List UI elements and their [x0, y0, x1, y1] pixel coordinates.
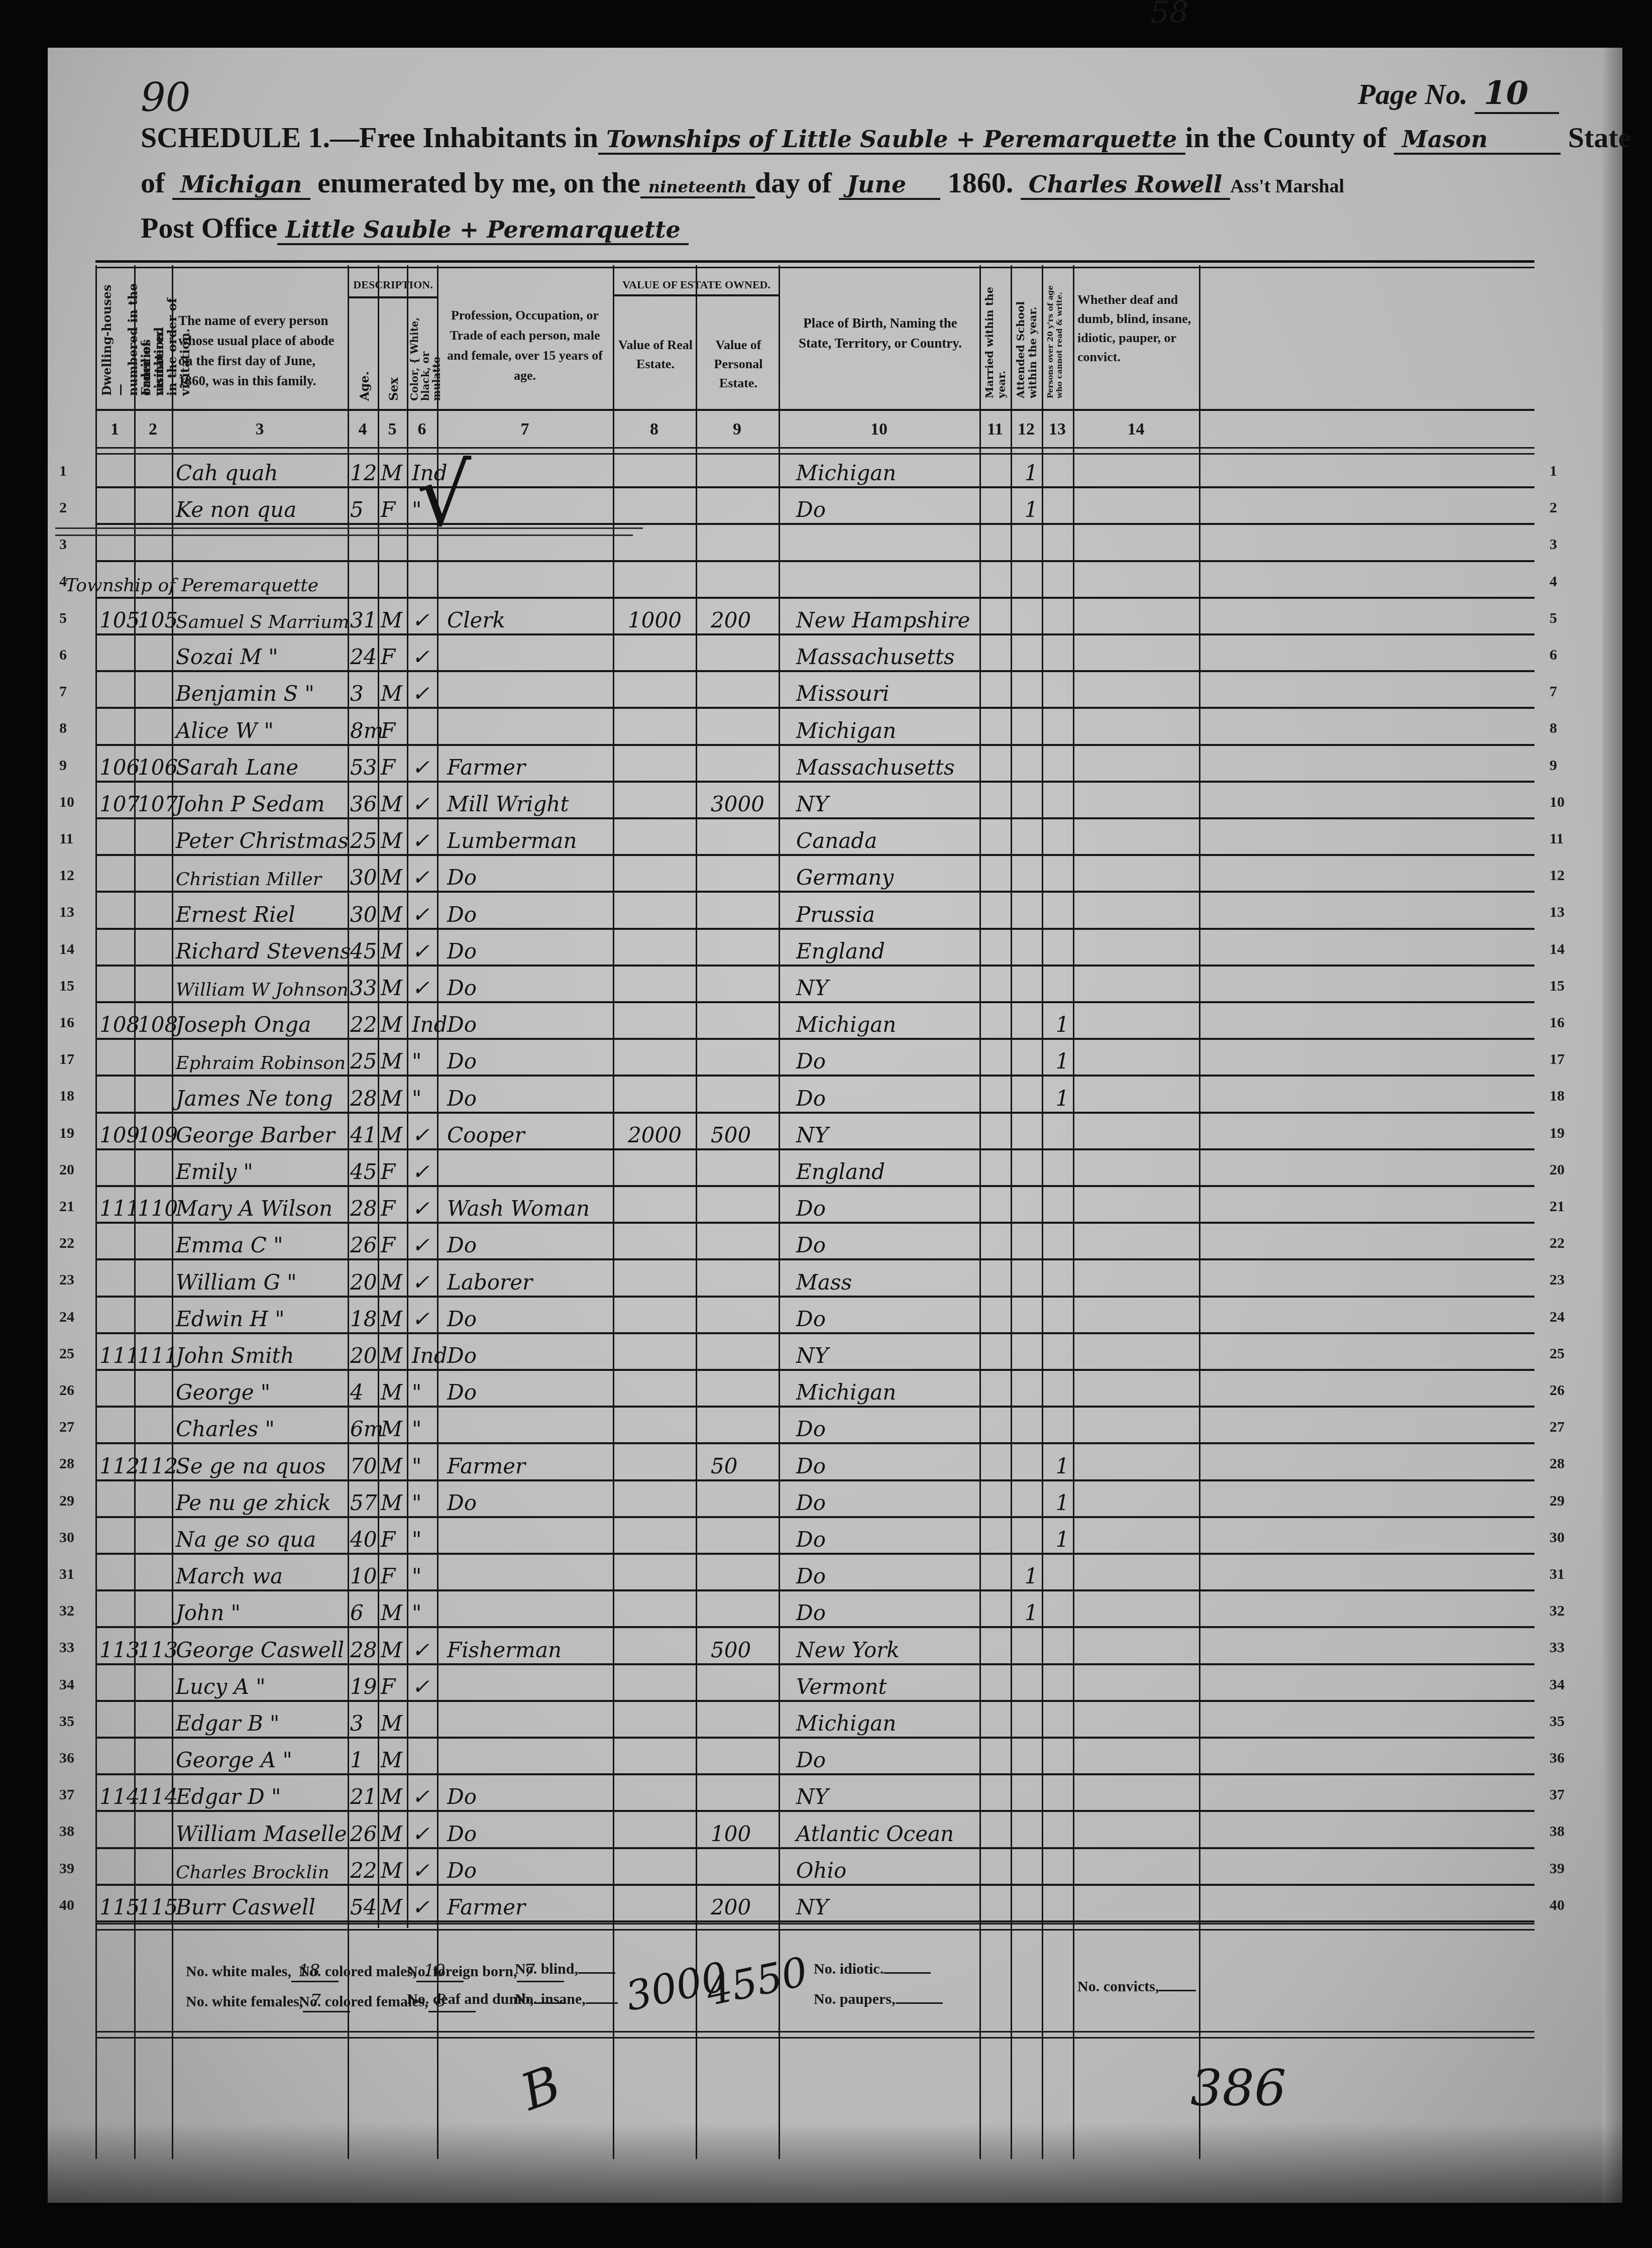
person-name: Samuel S Marrium [176, 612, 347, 632]
person-name: Ernest Riel [176, 902, 347, 927]
county-field: Mason [1394, 126, 1561, 155]
birthplace: New York [796, 1638, 977, 1662]
header-bottom-rule [95, 409, 1534, 411]
line-number-left: 33 [59, 1639, 74, 1656]
birthplace: Do [796, 497, 977, 522]
page-number: 10 [1475, 74, 1559, 114]
color: " [412, 1490, 437, 1515]
table-row: 3838William Maselle26M✓Do100Atlantic Oce… [95, 1812, 1534, 1849]
line-number-right: 24 [1550, 1309, 1565, 1326]
age: 41 [350, 1123, 378, 1147]
age: 4 [350, 1380, 378, 1405]
column-number: 4 [348, 420, 378, 439]
color: ✓ [412, 1159, 437, 1184]
line-number-right: 3 [1550, 536, 1557, 553]
birthplace: Massachusetts [796, 645, 977, 669]
family-number: 109 [138, 1123, 173, 1147]
line-number-right: 37 [1550, 1786, 1565, 1803]
line-number-right: 26 [1550, 1382, 1565, 1399]
township-field: Townships of Little Sauble + Peremarquet… [598, 126, 1185, 155]
column-number: 2 [134, 420, 172, 439]
sex: M [381, 1307, 406, 1331]
family-number: 108 [138, 1012, 173, 1037]
birthplace: Mass [796, 1270, 977, 1295]
person-name: Sozai M " [176, 645, 347, 669]
person-name: Ephraim Robinson [176, 1053, 347, 1074]
table-top-rule [95, 260, 1534, 268]
dwelling-number: 111 [99, 1343, 135, 1368]
sex: F [381, 755, 406, 780]
sex: F [381, 1233, 406, 1257]
person-name: Lucy A " [176, 1674, 347, 1699]
line-number-right: 16 [1550, 1014, 1565, 1031]
color: ✓ [412, 976, 437, 1000]
occupation: Farmer [447, 1895, 613, 1919]
header-personal-estate: Value of Personal Estate. [701, 336, 776, 393]
person-name: George Barber [176, 1123, 347, 1147]
birthplace: England [796, 939, 977, 964]
sex: M [381, 1123, 406, 1147]
sex: F [381, 1196, 406, 1221]
line-number-left: 20 [59, 1161, 74, 1179]
line-number-right: 21 [1550, 1198, 1565, 1215]
idiotic-label: No. idiotic. [814, 1961, 884, 1977]
color: ✓ [412, 681, 437, 706]
sex: M [381, 1711, 406, 1736]
census-table: Dwelling-houses— numbered in the order o… [95, 260, 1534, 2154]
header-real-estate: Value of Real Estate. [618, 336, 693, 374]
table-row: 1717Ephraim Robinson25M"DoDo1 [95, 1040, 1534, 1077]
birthplace: NY [796, 1895, 977, 1919]
table-row: 1313Ernest Riel30M✓DoPrussia [95, 893, 1534, 929]
age: 70 [350, 1454, 378, 1478]
sex: M [381, 1454, 406, 1478]
birthplace: England [796, 1159, 977, 1184]
color: ✓ [412, 1895, 437, 1919]
occupation: Farmer [447, 755, 613, 780]
color: ✓ [412, 1233, 437, 1257]
column-number: 3 [172, 420, 348, 439]
table-row: 3535Edgar B "3MMichigan [95, 1702, 1534, 1739]
line-number-right: 17 [1550, 1051, 1565, 1068]
column-number: 1 [95, 420, 134, 439]
table-row: 2323William G "20M✓LaborerMass [95, 1260, 1534, 1297]
of-label: of [141, 166, 165, 199]
dwelling-number: 108 [99, 1012, 135, 1037]
line-number-left: 23 [59, 1271, 74, 1289]
white-males-label: No. white males, [186, 1963, 291, 1980]
line-number-right: 20 [1550, 1161, 1565, 1179]
birthplace: Prussia [796, 902, 977, 927]
table-row: 66Sozai M "24F✓Massachusetts [95, 635, 1534, 672]
foreign-born-label: No. foreign born, [407, 1963, 517, 1980]
dwelling-number: 114 [99, 1784, 135, 1809]
age: 57 [350, 1490, 378, 1515]
idiotic: No. idiotic. [814, 1961, 931, 1978]
blind: No. blind, [515, 1961, 615, 1978]
person-name: March wa [176, 1564, 347, 1588]
person-name: Edgar B " [176, 1711, 347, 1736]
personal-estate-value: 100 [711, 1822, 776, 1846]
line-number-left: 3 [59, 536, 67, 553]
line-number-left: 7 [59, 683, 67, 700]
birthplace: Michigan [796, 1012, 977, 1037]
age: 36 [350, 792, 378, 816]
color: ✓ [412, 1270, 437, 1295]
sex: M [381, 1895, 406, 1919]
age: 28 [350, 1086, 378, 1111]
birthplace: Vermont [796, 1674, 977, 1699]
post-office-field: Little Sauble + Peremarquette [277, 216, 689, 245]
table-row: 3030Na ge so qua40F"Do1 [95, 1518, 1534, 1555]
line-number-right: 11 [1550, 830, 1564, 847]
line-number-left: 18 [59, 1088, 74, 1105]
table-row: 2929Pe nu ge zhick57M"DoDo1 [95, 1481, 1534, 1518]
column-number: 11 [979, 420, 1011, 439]
line-number-left: 29 [59, 1492, 74, 1510]
table-row: 3333113113George Caswell28M✓Fisherman500… [95, 1628, 1534, 1665]
age: 31 [350, 608, 378, 632]
table-row: 77Benjamin S "3M✓Missouri [95, 672, 1534, 709]
line-number-left: 26 [59, 1382, 74, 1399]
color: " [412, 1527, 437, 1552]
header-description-group: DESCRIPTION. [349, 275, 437, 294]
line-number-left: 24 [59, 1309, 74, 1326]
birthplace: NY [796, 976, 977, 1000]
birthplace: Do [796, 1490, 977, 1515]
sex: M [381, 1638, 406, 1662]
sex: M [381, 1049, 406, 1074]
insane-label: No. insane, [515, 1991, 586, 2007]
line-number-right: 22 [1550, 1235, 1565, 1252]
line-number-left: 12 [59, 867, 74, 884]
post-office-label: Post Office [141, 211, 277, 244]
age: 21 [350, 1784, 378, 1809]
marshal-label: Ass't Marshal [1230, 176, 1344, 197]
family-number: 113 [138, 1638, 173, 1662]
color: Ind [412, 1343, 437, 1368]
table-row: 2626George "4M"DoMichigan [95, 1371, 1534, 1408]
color: ✓ [412, 828, 437, 853]
line-number-left: 5 [59, 610, 67, 627]
paupers-label: No. paupers, [814, 1991, 896, 2007]
table-row: 44Township of Peremarquette [95, 562, 1534, 599]
cannot-read-write: 1 [1052, 1490, 1072, 1515]
birthplace: Do [796, 1748, 977, 1772]
page-label: Page No. [1358, 78, 1468, 111]
column-number: 6 [407, 420, 437, 439]
header-school: Attended School within the year. [1015, 270, 1039, 398]
attended-school: 1 [1021, 1564, 1041, 1588]
family-number: 112 [138, 1454, 173, 1478]
occupation: Do [447, 939, 613, 964]
birthplace: Do [796, 1454, 977, 1478]
person-name: William W Johnson [176, 980, 347, 1000]
age: 33 [350, 976, 378, 1000]
header-name: The name of every person whose usual pla… [178, 310, 344, 391]
line-number-left: 10 [59, 794, 74, 811]
paupers-value [896, 2002, 943, 2004]
line-number-right: 10 [1550, 794, 1565, 811]
convicts-value [1159, 1990, 1196, 1991]
person-name: John " [176, 1600, 347, 1625]
cannot-read-write: 1 [1052, 1454, 1072, 1478]
occupation: Wash Woman [447, 1196, 613, 1221]
person-name: Christian Miller [176, 869, 347, 890]
strike-line [55, 534, 633, 536]
column-number: 9 [696, 420, 779, 439]
sex: M [381, 1748, 406, 1772]
table-row: 1919109109George Barber41M✓Cooper2000500… [95, 1114, 1534, 1150]
table-row: 22Ke non qua5F"Do1 [95, 488, 1534, 525]
color: ✓ [412, 792, 437, 816]
occupation: Mill Wright [447, 792, 613, 816]
dwelling-number: 113 [99, 1638, 135, 1662]
color: " [412, 1380, 437, 1405]
line-number-left: 40 [59, 1897, 74, 1914]
color: ✓ [412, 1858, 437, 1883]
occupation: Do [447, 1380, 613, 1405]
personal-estate-value: 200 [711, 608, 776, 632]
bottom-double-rule [95, 2031, 1534, 2039]
person-name: Peter Christmas [176, 828, 347, 853]
occupation: Do [447, 1858, 613, 1883]
personal-estate-value: 500 [711, 1638, 776, 1662]
birthplace: Germany [796, 865, 977, 890]
color: ✓ [412, 1822, 437, 1846]
line-number-right: 12 [1550, 867, 1565, 884]
color: " [412, 1454, 437, 1478]
header-occupation: Profession, Occupation, or Trade of each… [442, 305, 608, 386]
age: 53 [350, 755, 378, 780]
birthplace: Do [796, 1564, 977, 1588]
age: 20 [350, 1343, 378, 1368]
personal-estate-value: 200 [711, 1895, 776, 1919]
row-rule [95, 1920, 1534, 1922]
age: 45 [350, 1159, 378, 1184]
sex: M [381, 1858, 406, 1883]
birthplace: Do [796, 1600, 977, 1625]
line-number-left: 16 [59, 1014, 74, 1031]
occupation: Do [447, 1343, 613, 1368]
sex: M [381, 608, 406, 632]
dwelling-number: 111 [99, 1196, 135, 1221]
color: " [412, 1600, 437, 1625]
column-number: 10 [779, 420, 979, 439]
line-number-right: 30 [1550, 1529, 1565, 1546]
age: 3 [350, 1711, 378, 1736]
column-number: 7 [437, 420, 613, 439]
line-number-left: 31 [59, 1566, 74, 1583]
dwelling-number: 107 [99, 792, 135, 816]
color: ✓ [412, 645, 437, 669]
family-number: 107 [138, 792, 173, 816]
sex: M [381, 1086, 406, 1111]
header-estate-group: VALUE OF ESTATE OWNED. [614, 275, 779, 294]
sex: F [381, 1674, 406, 1699]
occupation: Do [447, 1233, 613, 1257]
summary-section: No. white males,18 No. colored males,10 … [95, 1933, 1534, 2144]
table-row: 99106106Sarah Lane53F✓FarmerMassachusett… [95, 746, 1534, 783]
sex: M [381, 681, 406, 706]
birthplace: Missouri [796, 681, 977, 706]
title-line-3: Post OfficeLittle Sauble + Peremarquette [141, 211, 689, 245]
sex: M [381, 1343, 406, 1368]
blind-label: No. blind, [515, 1961, 578, 1977]
family-number: 111 [138, 1343, 173, 1368]
table-row: 2525111111John Smith20MIndDoNY [95, 1334, 1534, 1371]
cannot-read-write: 1 [1052, 1086, 1072, 1111]
age: 26 [350, 1822, 378, 1846]
sex: M [381, 1270, 406, 1295]
line-number-left: 36 [59, 1750, 74, 1767]
folio-number: 90 [141, 75, 190, 121]
sex: F [381, 1564, 406, 1588]
table-row: 3131March wa10F"Do1 [95, 1555, 1534, 1591]
age: 22 [350, 1858, 378, 1883]
age: 24 [350, 645, 378, 669]
person-name: Pe nu ge zhick [176, 1490, 347, 1515]
birthplace: Do [796, 1233, 977, 1257]
line-number-right: 13 [1550, 904, 1565, 921]
color: " [412, 1086, 437, 1111]
footer-double-rule [95, 1923, 1534, 1931]
column-number: 8 [613, 420, 696, 439]
birthplace: NY [796, 792, 977, 816]
birthplace: New Hampshire [796, 608, 977, 632]
age: 5 [350, 497, 378, 522]
state-field: Michigan [172, 171, 310, 200]
age: 19 [350, 1674, 378, 1699]
sex: M [381, 1822, 406, 1846]
age: 10 [350, 1564, 378, 1588]
birthplace: Atlantic Ocean [796, 1822, 977, 1846]
line-number-left: 19 [59, 1125, 74, 1142]
sex: M [381, 828, 406, 853]
occupation: Clerk [447, 608, 613, 632]
marshal-field: Charles Rowell [1021, 171, 1230, 200]
age: 8m [350, 718, 378, 743]
table-row: 2424Edwin H "18M✓DoDo [95, 1298, 1534, 1334]
person-name: Ke non qua [176, 497, 347, 522]
sex: M [381, 1012, 406, 1037]
page-edge [1602, 48, 1622, 2203]
occupation: Do [447, 1307, 613, 1331]
occupation: Cooper [447, 1123, 613, 1147]
blind-value [578, 1972, 615, 1974]
table-row: 1010107107John P Sedam36M✓Mill Wright300… [95, 783, 1534, 819]
person-name: Joseph Onga [176, 1012, 347, 1037]
color: ✓ [412, 755, 437, 780]
header-color: Color, { White, black, or mulatto [409, 300, 442, 401]
insane: No. insane, [515, 1991, 618, 2008]
person-name: Emma C " [176, 1233, 347, 1257]
color: Ind [412, 1012, 437, 1037]
personal-estate-value: 500 [711, 1123, 776, 1147]
color: " [412, 1049, 437, 1074]
cannot-read-write: 1 [1052, 1527, 1072, 1552]
birthplace: Do [796, 1086, 977, 1111]
attended-school: 1 [1021, 1600, 1041, 1625]
line-number-right: 23 [1550, 1271, 1565, 1289]
person-name: George A " [176, 1748, 347, 1772]
person-name: George " [176, 1380, 347, 1405]
line-number-right: 38 [1550, 1823, 1565, 1840]
line-number-left: 2 [59, 499, 67, 516]
schedule-title: SCHEDULE 1.—Free Inhabitants in [141, 121, 598, 154]
table-row: 1818James Ne tong28M"DoDo1 [95, 1077, 1534, 1113]
personal-estate-value: 3000 [711, 792, 776, 816]
birthplace: Ohio [796, 1858, 977, 1883]
family-number: 106 [138, 755, 173, 780]
sex: M [381, 865, 406, 890]
line-number-right: 31 [1550, 1566, 1565, 1583]
age: 26 [350, 1233, 378, 1257]
person-name: George Caswell [176, 1638, 347, 1662]
table-row: 2727Charles "6mM"Do [95, 1408, 1534, 1444]
table-row: 1212Christian Miller30M✓DoGermany [95, 856, 1534, 893]
header-married: Married within the year. [983, 270, 1008, 398]
line-number-right: 6 [1550, 647, 1557, 664]
header-birthplace: Place of Birth, Naming the State, Territ… [786, 313, 974, 353]
birthplace: Do [796, 1527, 977, 1552]
occupation: Do [447, 1490, 613, 1515]
table-row: 3939Charles Brocklin22M✓DoOhio [95, 1849, 1534, 1886]
table-row: 55105105Samuel S Marrium31M✓Clerk1000200… [95, 599, 1534, 635]
occupation: Do [447, 1784, 613, 1809]
line-number-right: 14 [1550, 941, 1565, 958]
sex: M [381, 1490, 406, 1515]
birthplace: NY [796, 1343, 977, 1368]
occupation: Do [447, 1049, 613, 1074]
table-row: 88Alice W "8mFMichigan [95, 709, 1534, 745]
table-row: 3636George A "1MDo [95, 1739, 1534, 1775]
header-rule [349, 296, 437, 298]
state-label: State [1568, 121, 1631, 154]
birthplace: Do [796, 1196, 977, 1221]
line-number-left: 35 [59, 1713, 74, 1730]
line-number-left: 13 [59, 904, 74, 921]
table-row: 2121111110Mary A Wilson28F✓Wash WomanDo [95, 1187, 1534, 1224]
colored-males-label: No. colored males, [299, 1963, 416, 1980]
bottom-mark-right: 386 [1190, 2059, 1286, 2117]
person-name: Edwin H " [176, 1307, 347, 1331]
line-number-left: 37 [59, 1786, 74, 1803]
line-number-left: 6 [59, 647, 67, 664]
sex: F [381, 497, 406, 522]
line-number-right: 19 [1550, 1125, 1565, 1142]
birthplace: Do [796, 1307, 977, 1331]
strike-line [55, 527, 643, 529]
day-of-label: day of [755, 166, 832, 199]
color: ✓ [412, 1674, 437, 1699]
age: 20 [350, 1270, 378, 1295]
line-number-left: 27 [59, 1419, 74, 1436]
sex: M [381, 1380, 406, 1405]
birthplace: Michigan [796, 1711, 977, 1736]
person-name: Edgar D " [176, 1784, 347, 1809]
line-number-left: 9 [59, 757, 67, 774]
header-age: Age. [357, 361, 373, 401]
line-number-left: 1 [59, 463, 67, 480]
line-number-left: 25 [59, 1345, 74, 1362]
sex: F [381, 645, 406, 669]
line-number-right: 7 [1550, 683, 1557, 700]
table-row: 4040115115Burr Caswell54M✓Farmer200NY [95, 1886, 1534, 1922]
convicts: No. convicts, [1077, 1978, 1196, 1995]
line-number-left: 38 [59, 1823, 74, 1840]
insane-value [586, 2002, 618, 2004]
